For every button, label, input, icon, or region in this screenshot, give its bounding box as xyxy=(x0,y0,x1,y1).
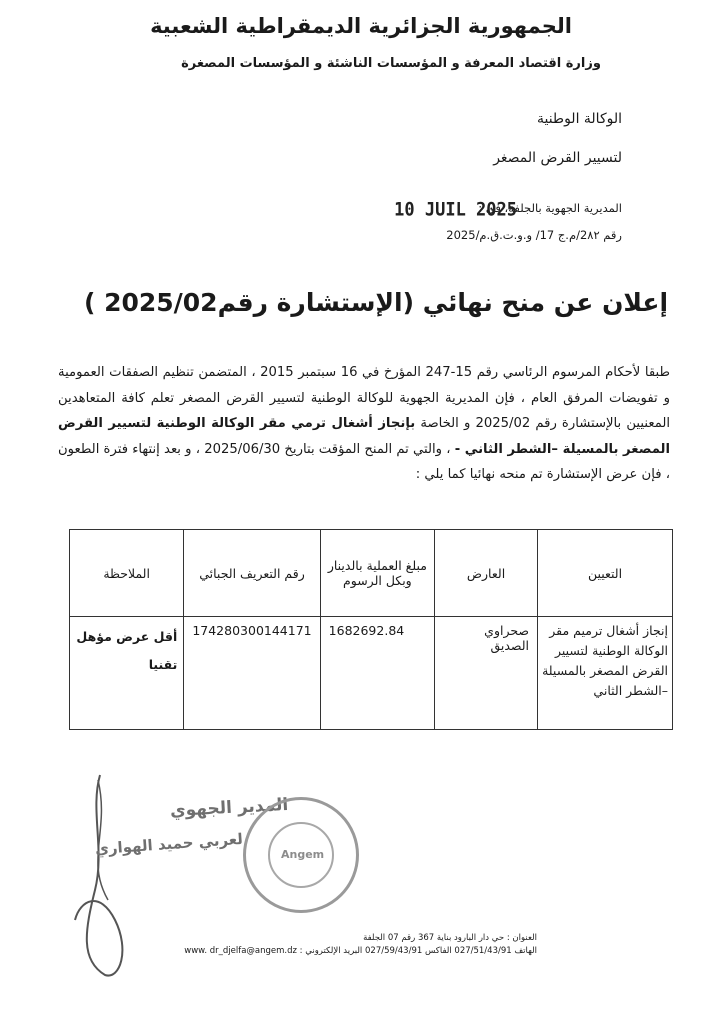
signature-scribble-icon xyxy=(60,770,180,985)
announcement-body: طبقا لأحكام المرسوم الرئاسي رقم 15-247 ا… xyxy=(58,360,670,488)
header-bidder: العارض xyxy=(435,530,538,617)
stamp-logo: Angem xyxy=(281,848,324,861)
cell-fiscal-id: 174280300144171 xyxy=(184,617,320,730)
table-row: إنجاز أشغال ترميم مقر الوكالة الوطنية لت… xyxy=(70,617,673,730)
cell-note: أقل عرض مؤهل تقنيا xyxy=(70,617,184,730)
agency-name-line2: لتسيير القرض المصغر xyxy=(493,150,622,166)
ministry-heading: وزارة اقتصاد المعرفة و المؤسسات الناشئة … xyxy=(0,56,722,71)
agency-name-line1: الوكالة الوطنية xyxy=(537,111,622,127)
footer-contacts: الهاتف 027/51/43/91 الفاكس 027/59/43/91 … xyxy=(184,945,537,958)
date-stamp: 10 JUIL 2025 xyxy=(394,199,517,221)
cell-amount: 1682692.84 xyxy=(320,617,434,730)
header-amount: مبلغ العملية بالدينار وبكل الرسوم xyxy=(320,530,434,617)
award-table: التعيين العارض مبلغ العملية بالدينار وبك… xyxy=(69,529,673,730)
table-header-row: التعيين العارض مبلغ العملية بالدينار وبك… xyxy=(70,530,673,617)
header-fiscal-id: رقم التعريف الجبائي xyxy=(184,530,320,617)
reference-number: رقم 2٨٢/م.ج 17/ و.و.ت.ق.م/2025 xyxy=(446,228,622,242)
cell-designation: إنجاز أشغال ترميم مقر الوكالة الوطنية لت… xyxy=(538,617,673,730)
footer-address: العنوان : حي دار البارود بناية 367 رقم 0… xyxy=(184,932,537,945)
republic-heading: الجمهورية الجزائرية الديمقراطية الشعبية xyxy=(0,14,722,38)
header-designation: التعيين xyxy=(538,530,673,617)
footer-contact: العنوان : حي دار البارود بناية 367 رقم 0… xyxy=(184,932,537,958)
cell-bidder: صحراوي الصديق xyxy=(435,617,538,730)
document-title: إعلان عن منح نهائي (الإستشارة رقم2025/02… xyxy=(0,288,722,317)
header-note: الملاحظة xyxy=(70,530,184,617)
